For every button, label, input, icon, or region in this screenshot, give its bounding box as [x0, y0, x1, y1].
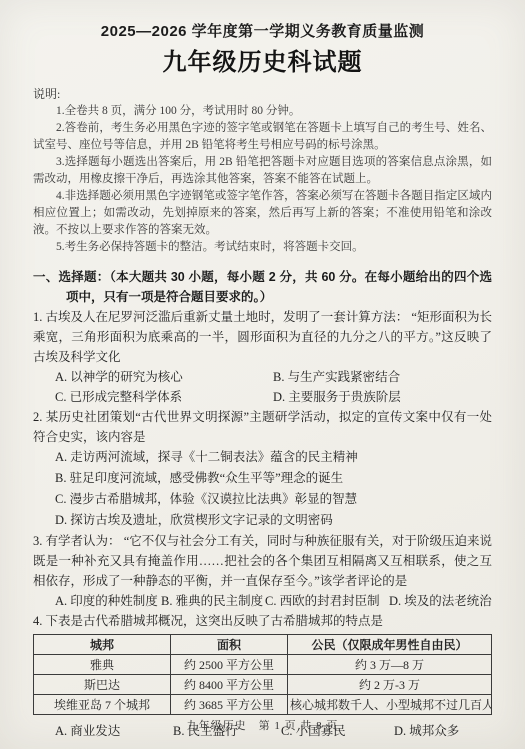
instruction-item-3: 3.选择题每小题选出答案后，用 2B 铅笔把答题卡对应题目选项的答案信息点涂黑，… — [33, 154, 492, 188]
question-1-stem: 1. 古埃及人在尼罗河泛滥后重新丈量土地时，发明了一套计算方法： “矩形面积为长… — [33, 307, 492, 367]
instruction-item-1: 1.全卷共 8 页，满分 100 分，考试用时 80 分钟。 — [33, 103, 492, 120]
question-3: 3. 有学者认为： “它不仅与社会分工有关，同时与种族征服有关，对于阶级压迫来说… — [33, 531, 492, 611]
cell-citizens: 核心城邦数千人、小型城邦不过几百人 — [288, 695, 492, 715]
header-cell-city: 城邦 — [34, 635, 171, 655]
option-c: C. 已形成完整科学体系 — [55, 387, 273, 407]
instructions-heading: 说明: — [33, 86, 492, 103]
question-3-options: A. 印度的种姓制度 B. 雅典的民主制度 C. 西欧的封君封臣制 D. 埃及的… — [55, 591, 492, 611]
option-a: A. 走访两河流域，探寻《十二铜表法》蕴含的民主精神 — [55, 447, 492, 468]
cell-city: 斯巴达 — [34, 675, 171, 695]
option-d: D. 埃及的法老统治 — [389, 591, 492, 611]
option-c: C. 漫步古希腊城邦，体验《汉谟拉比法典》彰显的智慧 — [55, 489, 492, 510]
question-2-stem: 2. 某历史社团策划“古代世界文明探源”主题研学活动，拟定的宣传文案中仅有一处符… — [33, 407, 492, 447]
question-2: 2. 某历史社团策划“古代世界文明探源”主题研学活动，拟定的宣传文案中仅有一处符… — [33, 407, 492, 531]
cell-citizens: 约 3 万—8 万 — [288, 655, 492, 675]
cell-city: 雅典 — [34, 655, 171, 675]
question-4-stem: 4. 下表是古代希腊城邦概况，这突出反映了古希腊城邦的特点是 — [33, 611, 492, 631]
cell-area: 约 3685 平方公里 — [171, 695, 288, 715]
table-header-row: 城邦 面积 公民（仅限成年男性自由民） — [34, 635, 492, 655]
cell-area: 约 2500 平方公里 — [171, 655, 288, 675]
instruction-item-5: 5.考生务必保持答题卡的整洁。考试结束时，将答题卡交回。 — [33, 239, 492, 256]
question-2-options: A. 走访两河流域，探寻《十二铜表法》蕴含的民主精神 B. 驻足印度河流域，感受… — [55, 447, 492, 531]
table-row: 雅典 约 2500 平方公里 约 3 万—8 万 — [34, 655, 492, 675]
question-1-options: A. 以神学的研究为核心 B. 与生产实践紧密结合 C. 已形成完整科学体系 D… — [55, 367, 492, 407]
cell-city: 埃维亚岛 7 个城邦 — [34, 695, 171, 715]
instruction-item-2: 2.答卷前，考生务必用黑色字迹的签字笔或钢笔在答题卡上填写自己的考生号、姓名、试… — [33, 120, 492, 154]
table-row: 埃维亚岛 7 个城邦 约 3685 平方公里 核心城邦数千人、小型城邦不过几百人 — [34, 695, 492, 715]
option-b: B. 与生产实践紧密结合 — [273, 367, 492, 387]
city-states-table: 城邦 面积 公民（仅限成年男性自由民） 雅典 约 2500 平方公里 约 3 万… — [33, 634, 492, 715]
section-heading: 一、选择题：（本大题共 30 小题，每小题 2 分，共 60 分。在每小题给出的… — [33, 267, 492, 307]
cell-area: 约 8400 平方公里 — [171, 675, 288, 695]
header-cell-citizens: 公民（仅限成年男性自由民） — [288, 635, 492, 655]
option-d: D. 探访古埃及遗址，欣赏楔形文字记录的文明密码 — [55, 510, 492, 531]
option-a: A. 印度的种姓制度 — [55, 591, 161, 611]
question-1: 1. 古埃及人在尼罗河泛滥后重新丈量土地时，发明了一套计算方法： “矩形面积为长… — [33, 307, 492, 407]
page-footer: 九年级历史 第 1 页 共 8 页 — [0, 717, 525, 733]
cell-citizens: 约 2 万-3 万 — [288, 675, 492, 695]
header-cell-area: 面积 — [171, 635, 288, 655]
exam-session-subtitle: 2025—2026 学年度第一学期义务教育质量监测 — [33, 22, 492, 41]
option-d: D. 主要服务于贵族阶层 — [273, 387, 492, 407]
table-row: 斯巴达 约 8400 平方公里 约 2 万-3 万 — [34, 675, 492, 695]
instructions-block: 说明: 1.全卷共 8 页，满分 100 分，考试用时 80 分钟。 2.答卷前… — [33, 86, 492, 256]
exam-paper-page: 2025—2026 学年度第一学期义务教育质量监测 九年级历史科试题 说明: 1… — [0, 0, 525, 749]
option-b: B. 雅典的民主制度 — [161, 591, 265, 611]
option-a: A. 以神学的研究为核心 — [55, 367, 273, 387]
option-b: B. 驻足印度河流域，感受佛教“众生平等”理念的诞生 — [55, 468, 492, 489]
question-3-stem: 3. 有学者认为： “它不仅与社会分工有关，同时与种族征服有关，对于阶级压迫来说… — [33, 531, 492, 591]
option-c: C. 西欧的封君封臣制 — [265, 591, 389, 611]
instruction-item-4: 4.非选择题必须用黑色字迹钢笔或签字笔作答，答案必须写在答题卡各题目指定区域内相… — [33, 188, 492, 239]
page-title: 九年级历史科试题 — [33, 49, 492, 77]
